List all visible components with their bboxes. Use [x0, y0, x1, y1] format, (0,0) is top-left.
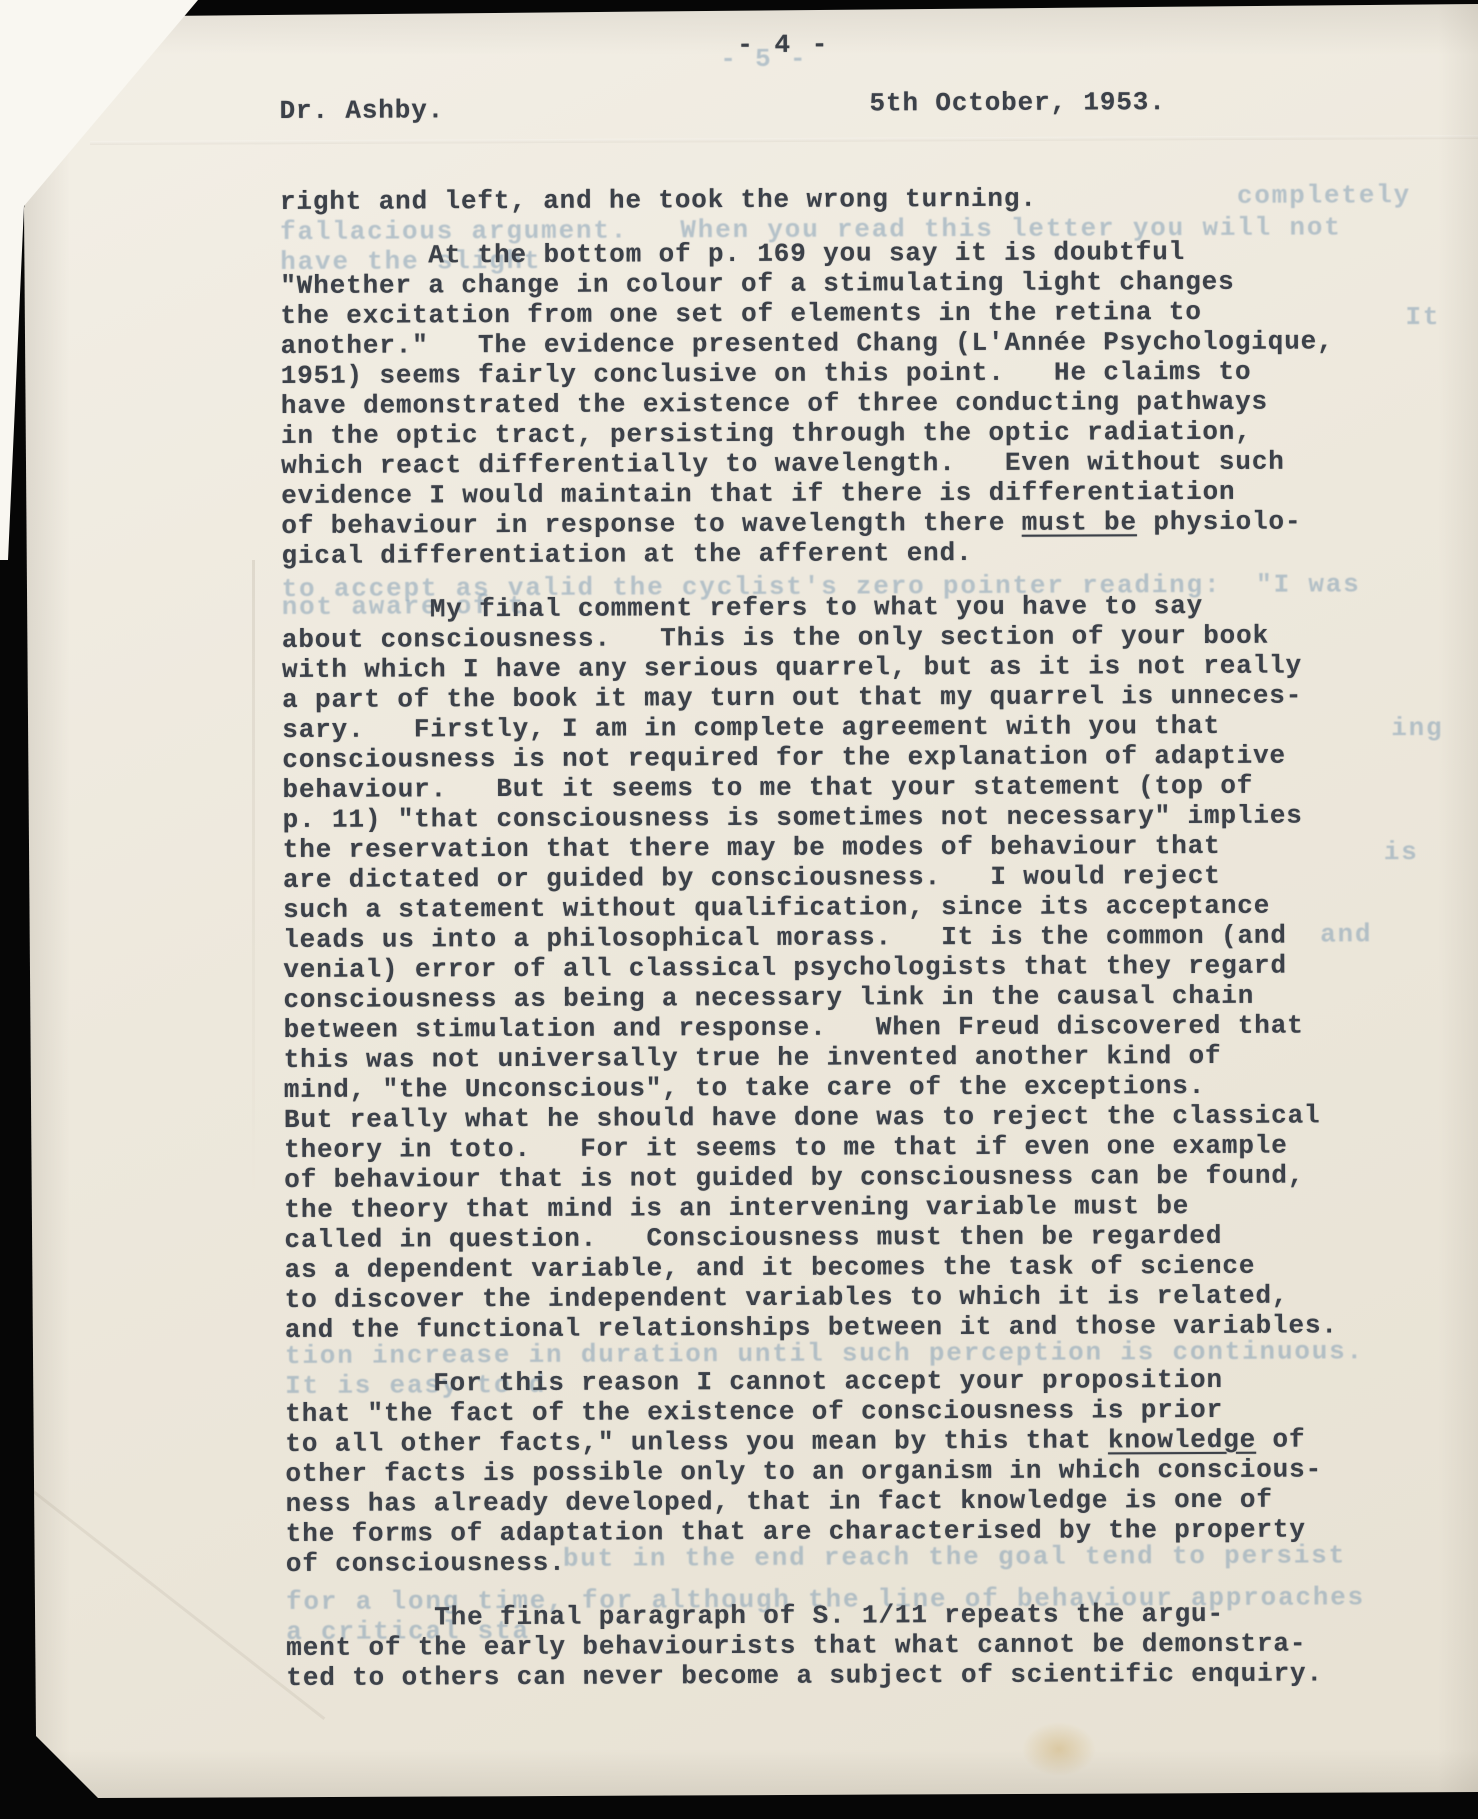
letter-paragraph: At the bottom of p. 169 you say it is do…	[280, 236, 1401, 571]
letter-paragraph: right and left, and he took the wrong tu…	[280, 182, 1400, 217]
bleed-through-line: It	[1405, 302, 1440, 332]
typed-text: right and left, and he took the wrong tu…	[280, 184, 1037, 217]
typed-text: The final paragraph of S. 1/11 repeats t…	[286, 1599, 1323, 1693]
page-number: - 4 -	[737, 30, 830, 60]
typed-text: At the bottom of p. 169 you say it is do…	[280, 237, 1333, 541]
letter-page: - 5 - completelyfallacious argument. Whe…	[0, 0, 1478, 1819]
letter-date: 5th October, 1953.	[869, 87, 1165, 118]
typed-text: My final comment refers to what you have…	[282, 591, 1338, 1345]
underlined-text: knowledge	[1108, 1425, 1256, 1456]
letter-paragraph: My final comment refers to what you have…	[282, 590, 1405, 1345]
letter-content: - 5 - completelyfallacious argument. Whe…	[0, 0, 1478, 1819]
underlined-text: must be	[1022, 507, 1137, 538]
recipient: Dr. Ashby.	[279, 95, 444, 126]
letter-body: right and left, and he took the wrong tu…	[280, 182, 1407, 1693]
letter-paragraph: For this reason I cannot accept your pro…	[285, 1364, 1406, 1579]
scan-background: - 5 - completelyfallacious argument. Whe…	[0, 0, 1478, 1819]
letter-paragraph: The final paragraph of S. 1/11 repeats t…	[286, 1598, 1406, 1693]
typed-text: For this reason I cannot accept your pro…	[285, 1365, 1223, 1459]
